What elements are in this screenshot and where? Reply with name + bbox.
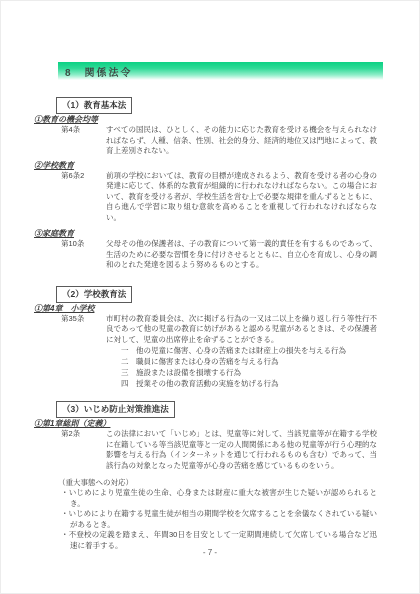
article-text: この法律において「いじめ」とは、児童等に対して、当該児童等が在籍する学校に在籍し… xyxy=(106,429,377,471)
subheading-family-education: ③家庭教育 xyxy=(34,228,419,239)
law-box-row-1: （1）教育基本法 xyxy=(56,95,419,114)
article-2: 第2条 この法律において「いじめ」とは、児童等に対して、当該児童等が在籍する学校… xyxy=(61,429,377,471)
note-bullet-2: ・いじめにより在籍する児童生徒が相当の期間学校を欠席することを余儀なくされている… xyxy=(61,509,377,530)
law-box-row-2: （2）学校教育法 xyxy=(56,284,419,303)
law-title-school-education-act: （2）学校教育法 xyxy=(56,286,132,303)
article-number: 第4条 xyxy=(61,125,106,157)
law-box-row-3: （3）いじめ防止対策推進法 xyxy=(56,399,419,418)
section-header-bar: 8 関係法令 xyxy=(58,62,383,80)
article-text: 前項の学校においては、教育の目標が達成されるよう、教育を受ける者の心身の発達に応… xyxy=(106,171,377,224)
article-35: 第35条 市町村の教育委員会は、次に掲げる行為の一又は二以上を繰り返し行う等性行… xyxy=(61,314,377,346)
article-4: 第4条 すべての国民は、ひとしく、その能力に応じた教育を受ける機会を与えられなけ… xyxy=(61,125,377,157)
law-item-3: 三 施設または設備を損壊する行為 xyxy=(121,367,377,378)
law-title-basic-education-act: （1）教育基本法 xyxy=(56,97,132,114)
note-title-serious-cases: （重大事態への対応） xyxy=(58,478,419,488)
note-bullet-1: ・いじめにより児童生徒の生命、心身または財産に重大な被害が生じた疑いが認められる… xyxy=(61,488,377,509)
article-10: 第10条 父母その他の保護者は、子の教育について第一義的責任を有するものであって… xyxy=(61,239,377,271)
document-page: 8 関係法令 （1）教育基本法 ①教育の機会均等 第4条 すべての国民は、ひとし… xyxy=(0,0,420,594)
law-item-1: 一 他の児童に傷害、心身の苦痛または財産上の損失を与える行為 xyxy=(121,345,377,356)
subheading-school-education: ②学校教育 xyxy=(34,160,419,171)
subheading-equal-opportunity: ①教育の機会均等 xyxy=(34,114,419,125)
subheading-chapter4-elementary: ①第4章 小学校 xyxy=(34,303,419,314)
article-text: 市町村の教育委員会は、次に掲げる行為の一又は二以上を繰り返し行う等性行不良であっ… xyxy=(106,314,377,346)
article-35-items: 一 他の児童に傷害、心身の苦痛または財産上の損失を与える行為 二 職員に傷害また… xyxy=(121,345,377,389)
article-number: 第6条2 xyxy=(61,171,106,224)
page-number: - 7 - xyxy=(1,548,419,557)
article-number: 第35条 xyxy=(61,314,106,346)
law-title-bullying-prevention-act: （3）いじめ防止対策推進法 xyxy=(56,401,175,418)
article-6-2: 第6条2 前項の学校においては、教育の目標が達成されるよう、教育を受ける者の心身… xyxy=(61,171,377,224)
law-item-2: 二 職員に傷害または心身の苦痛を与える行為 xyxy=(121,356,377,367)
article-number: 第10条 xyxy=(61,239,106,271)
article-text: 父母その他の保護者は、子の教育について第一義的責任を有するものであって、生活のた… xyxy=(106,239,377,271)
article-text: すべての国民は、ひとしく、その能力に応じた教育を受ける機会を与えられなければなら… xyxy=(106,125,377,157)
article-number: 第2条 xyxy=(61,429,106,471)
subheading-chapter1-definition: ①第1章総則（定義） xyxy=(34,418,419,429)
law-item-4: 四 授業その他の教育活動の実施を妨げる行為 xyxy=(121,378,377,389)
section-header-title: 8 関係法令 xyxy=(65,64,133,79)
